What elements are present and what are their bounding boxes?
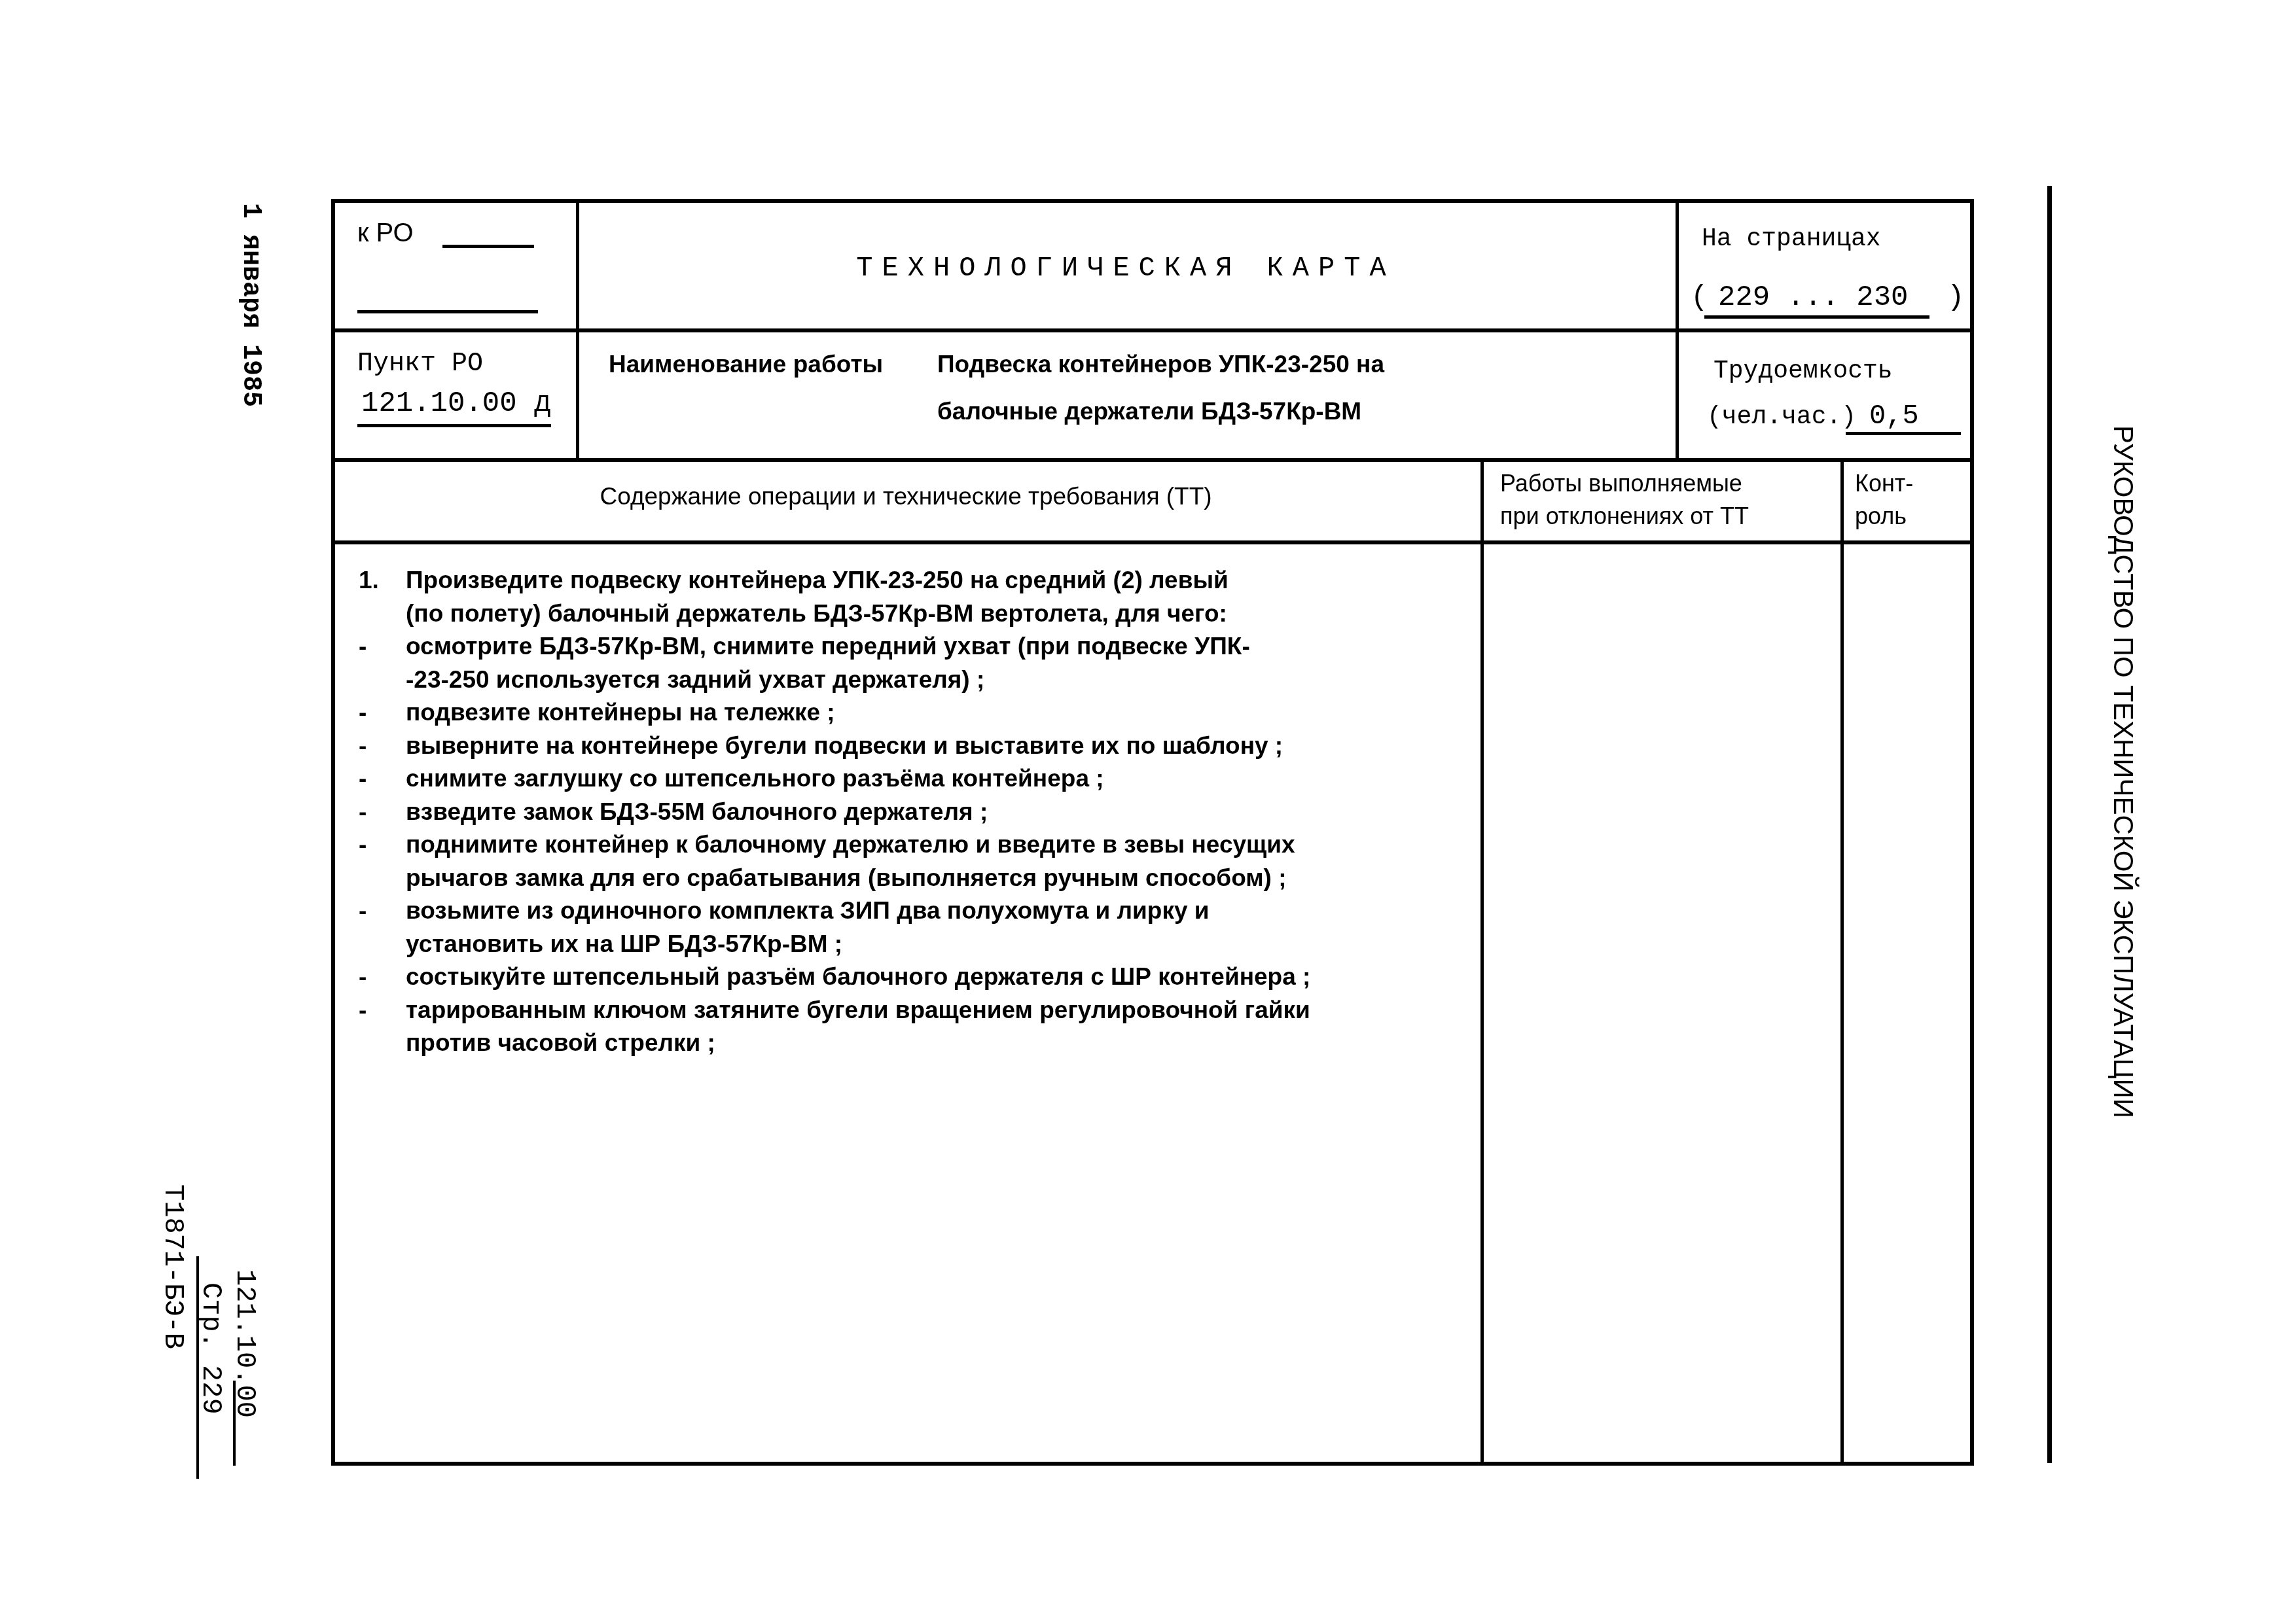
step-item: -поднимите контейнер к балочному держате…: [359, 828, 1471, 862]
column-header-content: Содержание операции и технические требов…: [331, 483, 1480, 510]
page-title: ТЕХНОЛОГИЧЕСКАЯ КАРТА: [576, 253, 1676, 284]
dash-bullet-icon: -: [359, 796, 398, 829]
column-divider-control: [1840, 462, 1844, 1463]
dash-bullet-icon: -: [359, 696, 398, 730]
reference-rule-2: [233, 1381, 236, 1466]
labor-value: 0,5: [1869, 400, 1919, 432]
step-text: Произведите подвеску контейнера УПК-23-2…: [406, 567, 1229, 593]
dash-bullet-icon: -: [359, 894, 398, 928]
pages-close-paren: ): [1947, 281, 1964, 314]
step-item: -подвезите контейнеры на тележке ;: [359, 696, 1471, 730]
labor-underline: [1846, 432, 1961, 435]
page-reference-block: 121.10.00 Стр. 229 Т1871-БЭ-В: [162, 1184, 280, 1472]
step-item: -тарированным ключом затяните бугели вра…: [359, 994, 1471, 1027]
column-header-deviation-line-2: при отклонениях от ТТ: [1500, 503, 1749, 530]
step-item-continuation: против часовой стрелки ;: [359, 1027, 1471, 1060]
punkt-ro-underline: [357, 424, 551, 427]
step-item: -осмотрите БДЗ-57Кр-ВМ, снимите передний…: [359, 630, 1471, 663]
work-name-line-1: Подвеска контейнеров УПК-23-250 на: [937, 351, 1384, 378]
labor-unit: (чел.час.): [1707, 403, 1856, 431]
step-text: -23-250 используется задний ухват держат…: [406, 666, 984, 693]
step-text: против часовой стрелки ;: [406, 1029, 715, 1056]
column-divider-deviation: [1480, 462, 1484, 1463]
step-text: подвезите контейнеры на тележке ;: [406, 699, 835, 726]
step-text: осмотрите БДЗ-57Кр-ВМ, снимите передний …: [406, 633, 1250, 660]
work-name-line-2: балочные держатели БДЗ-57Кр-ВМ: [937, 398, 1361, 425]
work-name-label: Наименование работы: [609, 351, 883, 378]
step-text: снимите заглушку со штепсельного разъёма…: [406, 765, 1104, 792]
step-text: установить их на ШР БДЗ-57Кр-ВМ ;: [406, 930, 842, 957]
dash-bullet-icon: -: [359, 828, 398, 862]
dash-bullet-icon: -: [359, 762, 398, 796]
pages-label: На страницах: [1702, 225, 1881, 253]
step-item: -снимите заглушку со штепсельного разъём…: [359, 762, 1471, 796]
pages-underline: [1704, 315, 1929, 319]
step-text: состыкуйте штепсельный разъём балочного …: [406, 963, 1310, 990]
step-number: 1.: [359, 564, 398, 597]
k-ro-blank: [442, 245, 534, 248]
dash-bullet-icon: -: [359, 994, 398, 1027]
step-text: выверните на контейнере бугели подвески …: [406, 732, 1283, 759]
k-ro-blank-2: [357, 310, 538, 313]
dash-bullet-icon: -: [359, 961, 398, 994]
right-margin-rule: [2047, 186, 2052, 1463]
column-header-control-line-2: роль: [1855, 503, 1907, 530]
step-item: -взведите замок БДЗ-55М балочного держат…: [359, 796, 1471, 829]
issue-date: 1 января 1985: [236, 203, 265, 407]
step-item-continuation: рычагов замка для его срабатывания (выпо…: [359, 862, 1471, 895]
document-code: Т1871-БЭ-В: [157, 1184, 188, 1349]
step-item-continuation: установить их на ШР БДЗ-57Кр-ВМ ;: [359, 928, 1471, 961]
operation-steps-list: 1.Произведите подвеску контейнера УПК-23…: [359, 564, 1471, 1060]
labor-label: Трудоемкость: [1713, 357, 1893, 385]
step-item-continuation: -23-250 используется задний ухват держат…: [359, 663, 1471, 697]
manual-title: РУКОВОДСТВО ПО ТЕХНИЧЕСКОЙ ЭКСПЛУАТАЦИИ: [2108, 425, 2139, 1118]
header-row-divider: [331, 328, 1974, 332]
pages-open-paren: (: [1691, 281, 1708, 314]
column-header-control-line-1: Конт-: [1855, 470, 1913, 497]
dash-bullet-icon: -: [359, 630, 398, 663]
step-item: 1.Произведите подвеску контейнера УПК-23…: [359, 564, 1471, 597]
header-bottom-rule: [331, 458, 1974, 462]
punkt-ro-label: Пункт РО: [357, 349, 483, 379]
step-text: возьмите из одиночного комплекта ЗИП два…: [406, 897, 1210, 924]
step-item: -возьмите из одиночного комплекта ЗИП дв…: [359, 894, 1471, 928]
step-text: взведите замок БДЗ-55М балочного держате…: [406, 798, 988, 825]
step-item: -выверните на контейнере бугели подвески…: [359, 730, 1471, 763]
punkt-ro-value: 121.10.00 д: [361, 387, 551, 420]
dash-bullet-icon: -: [359, 730, 398, 763]
step-text: тарированным ключом затяните бугели вращ…: [406, 997, 1310, 1023]
step-item-continuation: (по полету) балочный держатель БДЗ-57Кр-…: [359, 597, 1471, 631]
step-text: (по полету) балочный держатель БДЗ-57Кр-…: [406, 600, 1227, 627]
step-item: -состыкуйте штепсельный разъём балочного…: [359, 961, 1471, 994]
column-header-deviation-line-1: Работы выполняемые: [1500, 470, 1742, 497]
k-ro-label: к РО: [357, 219, 414, 248]
reference-rule: [196, 1256, 199, 1479]
step-text: рычагов замка для его срабатывания (выпо…: [406, 864, 1287, 891]
page-number: Стр. 229: [195, 1282, 226, 1415]
pages-value: 229 ... 230: [1718, 281, 1908, 314]
column-header-rule: [331, 540, 1974, 544]
step-text: поднимите контейнер к балочному держател…: [406, 831, 1295, 858]
